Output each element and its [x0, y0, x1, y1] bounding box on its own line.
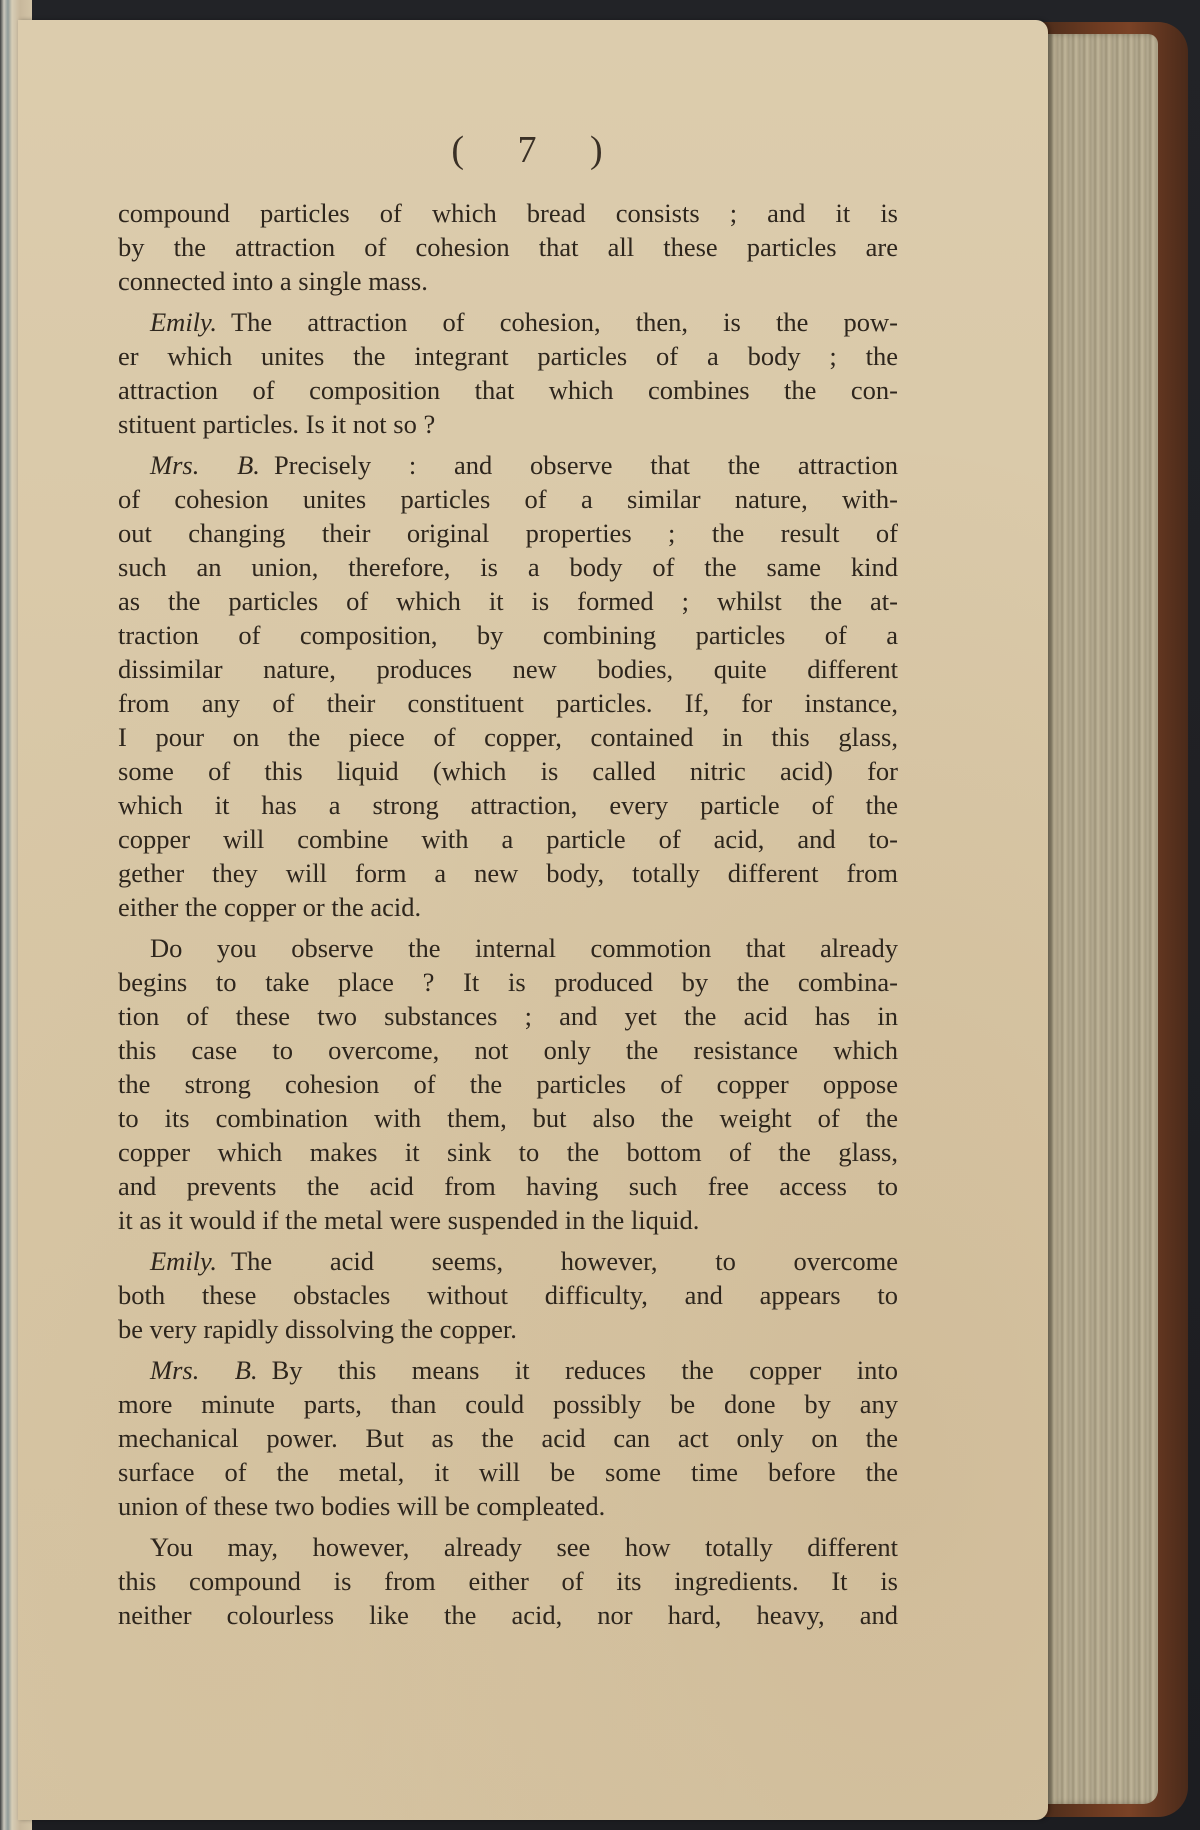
text-line: such an union, therefore, is a body of t… — [118, 550, 898, 584]
paragraph: You may, however, already see how totall… — [118, 1530, 898, 1632]
text-line: tion of these two substances ; and yet t… — [118, 999, 898, 1033]
line-text: of cohesion unites particles of a simila… — [118, 484, 898, 514]
text-line: it as it would if the metal were suspend… — [118, 1203, 898, 1237]
speaker-name: Emily. — [150, 307, 217, 337]
paragraph: compound particles of which bread consis… — [118, 196, 898, 298]
line-text: this compound is from either of its ingr… — [118, 1566, 898, 1596]
page-number: ( 7 ) — [18, 128, 1048, 172]
text-line: to its combination with them, but also t… — [118, 1101, 898, 1135]
line-text: dissimilar nature, produces new bodies, … — [118, 654, 898, 684]
paragraph-gap — [118, 1237, 898, 1244]
text-line: Mrs. B.By this means it reduces the copp… — [118, 1353, 898, 1387]
text-line: traction of composition, by combining pa… — [118, 618, 898, 652]
line-text: You may, however, already see how totall… — [150, 1532, 898, 1562]
line-text: stituent particles. Is it not so ? — [118, 409, 435, 439]
line-text: both these obstacles without difficulty,… — [118, 1280, 898, 1310]
text-line: neither colourless like the acid, nor ha… — [118, 1598, 898, 1632]
text-line: connected into a single mass. — [118, 264, 898, 298]
line-text: such an union, therefore, is a body of t… — [118, 552, 898, 582]
text-line: surface of the metal, it will be some ti… — [118, 1455, 898, 1489]
line-text: mechanical power. But as the acid can ac… — [118, 1423, 898, 1453]
paragraph: Emily.The acid seems, however, to overco… — [118, 1244, 898, 1346]
line-text: compound particles of which bread consis… — [118, 198, 898, 228]
paragraph-gap — [118, 298, 898, 305]
line-text: surface of the metal, it will be some ti… — [118, 1457, 898, 1487]
line-text: by the attraction of cohesion that all t… — [118, 232, 898, 262]
line-text: this case to overcome, not only the resi… — [118, 1035, 898, 1065]
line-text: gether they will form a new body, totall… — [118, 858, 898, 888]
text-line: compound particles of which bread consis… — [118, 196, 898, 230]
text-line: of cohesion unites particles of a simila… — [118, 482, 898, 516]
line-text: as the particles of which it is formed ;… — [118, 586, 898, 616]
paragraph: Do you observe the internal commotion th… — [118, 931, 898, 1237]
text-line: stituent particles. Is it not so ? — [118, 407, 898, 441]
text-line: Emily.The attraction of cohesion, then, … — [118, 305, 898, 339]
line-text: I pour on the piece of copper, contained… — [118, 722, 898, 752]
line-text: tion of these two substances ; and yet t… — [118, 1001, 898, 1031]
text-line: copper which makes it sink to the bottom… — [118, 1135, 898, 1169]
line-text: copper will combine with a particle of a… — [118, 824, 898, 854]
line-text: The attraction of cohesion, then, is the… — [231, 307, 898, 337]
text-line: this case to overcome, not only the resi… — [118, 1033, 898, 1067]
paragraph: Mrs. B.Precisely : and observe that the … — [118, 448, 898, 924]
paragraph-gap — [118, 1346, 898, 1353]
text-line: Mrs. B.Precisely : and observe that the … — [118, 448, 898, 482]
paragraph-gap — [118, 924, 898, 931]
text-line: er which unites the integrant particles … — [118, 339, 898, 373]
paragraph-gap — [118, 1523, 898, 1530]
page-text: compound particles of which bread consis… — [118, 196, 898, 1632]
line-text: to its combination with them, but also t… — [118, 1103, 898, 1133]
line-text: union of these two bodies will be comple… — [118, 1491, 605, 1521]
text-line: You may, however, already see how totall… — [118, 1530, 898, 1564]
line-text: out changing their original properties ;… — [118, 518, 898, 548]
line-text: and prevents the acid from having such f… — [118, 1171, 898, 1201]
line-text: Precisely : and observe that the attract… — [274, 450, 898, 480]
line-text: from any of their constituent particles.… — [118, 688, 898, 718]
line-text: neither colourless like the acid, nor ha… — [118, 1600, 898, 1630]
line-text: connected into a single mass. — [118, 266, 428, 296]
text-line: both these obstacles without difficulty,… — [118, 1278, 898, 1312]
paragraph-gap — [118, 441, 898, 448]
speaker-name: Mrs. B. — [150, 1355, 258, 1385]
text-line: by the attraction of cohesion that all t… — [118, 230, 898, 264]
text-line: union of these two bodies will be comple… — [118, 1489, 898, 1523]
line-text: either the copper or the acid. — [118, 892, 421, 922]
line-text: Do you observe the internal commotion th… — [150, 933, 898, 963]
text-line: and prevents the acid from having such f… — [118, 1169, 898, 1203]
text-line: some of this liquid (which is called nit… — [118, 754, 898, 788]
text-line: mechanical power. But as the acid can ac… — [118, 1421, 898, 1455]
speaker-name: Emily. — [150, 1246, 217, 1276]
line-text: which it has a strong attraction, every … — [118, 790, 898, 820]
line-text: begins to take place ? It is produced by… — [118, 967, 898, 997]
line-text: er which unites the integrant particles … — [118, 341, 898, 371]
text-line: which it has a strong attraction, every … — [118, 788, 898, 822]
text-line: dissimilar nature, produces new bodies, … — [118, 652, 898, 686]
line-text: the strong cohesion of the particles of … — [118, 1069, 898, 1099]
text-line: begins to take place ? It is produced by… — [118, 965, 898, 999]
text-line: Do you observe the internal commotion th… — [118, 931, 898, 965]
line-text: more minute parts, than could possibly b… — [118, 1389, 898, 1419]
text-line: gether they will form a new body, totall… — [118, 856, 898, 890]
line-text: be very rapidly dissolving the copper. — [118, 1314, 517, 1344]
text-line: the strong cohesion of the particles of … — [118, 1067, 898, 1101]
text-line: more minute parts, than could possibly b… — [118, 1387, 898, 1421]
text-line: be very rapidly dissolving the copper. — [118, 1312, 898, 1346]
line-text: copper which makes it sink to the bottom… — [118, 1137, 898, 1167]
line-text: By this means it reduces the copper into — [272, 1355, 898, 1385]
text-line: either the copper or the acid. — [118, 890, 898, 924]
text-line: out changing their original properties ;… — [118, 516, 898, 550]
text-line: copper will combine with a particle of a… — [118, 822, 898, 856]
text-line: I pour on the piece of copper, contained… — [118, 720, 898, 754]
line-text: traction of composition, by combining pa… — [118, 620, 898, 650]
line-text: it as it would if the metal were suspend… — [118, 1205, 699, 1235]
text-line: from any of their constituent particles.… — [118, 686, 898, 720]
text-line: attraction of composition that which com… — [118, 373, 898, 407]
text-line: as the particles of which it is formed ;… — [118, 584, 898, 618]
book-page: ( 7 ) compound particles of which bread … — [18, 20, 1048, 1820]
text-line: Emily.The acid seems, however, to overco… — [118, 1244, 898, 1278]
text-line: this compound is from either of its ingr… — [118, 1564, 898, 1598]
page-block-edges — [1046, 34, 1158, 1804]
paragraph: Emily.The attraction of cohesion, then, … — [118, 305, 898, 441]
line-text: attraction of composition that which com… — [118, 375, 898, 405]
line-text: some of this liquid (which is called nit… — [118, 756, 898, 786]
paragraph: Mrs. B.By this means it reduces the copp… — [118, 1353, 898, 1523]
speaker-name: Mrs. B. — [150, 450, 260, 480]
line-text: The acid seems, however, to overcome — [231, 1246, 898, 1276]
